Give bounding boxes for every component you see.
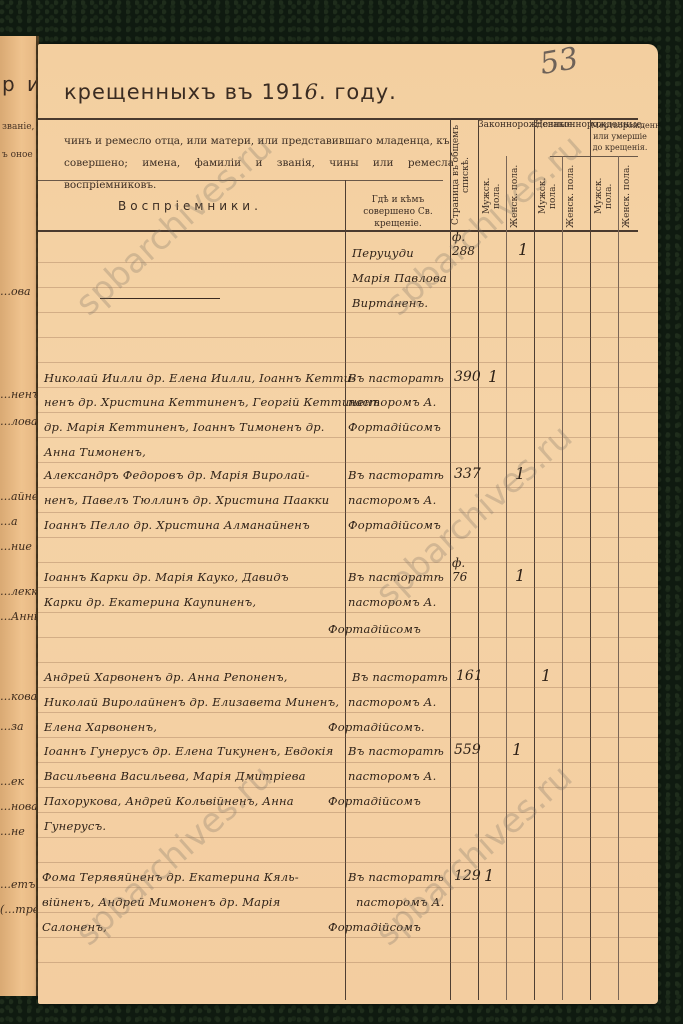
entry-where: Въ пасторатѣ <box>352 670 448 684</box>
entry-legit-female: 1 <box>515 464 525 483</box>
entry-where: пасторомъ А. <box>348 493 436 507</box>
left-page-text: ъ оное <box>2 150 33 160</box>
entry-godparents: Іоаннъ Пелло др. Христина Алманайненъ <box>44 518 310 532</box>
left-page-hand: …ненъ <box>0 388 39 401</box>
entry-where: Въ пасторатѣ <box>348 570 444 584</box>
col-divider <box>506 156 507 1000</box>
col-illegit-male: Мужск. пола. <box>538 164 558 228</box>
entry-page-ref: ф. 76 <box>452 556 480 584</box>
ruled-line <box>38 537 658 538</box>
entry-where: Фортадійсомъ <box>328 794 421 808</box>
ruled-line <box>38 387 658 388</box>
entry-legit-female: 1 <box>512 740 522 759</box>
left-page-hand: …лова <box>0 415 38 428</box>
ruled-line <box>38 762 658 763</box>
header-bottom-rule <box>38 230 638 232</box>
left-page-text: званіе, <box>2 122 34 132</box>
ruled-line <box>38 337 658 338</box>
entry-where: Въ пасторатѣ <box>348 468 444 482</box>
ruled-line <box>38 737 658 738</box>
left-page-hand: …ова <box>0 285 31 298</box>
entry-page-ref: 337 <box>454 466 481 482</box>
ruled-line <box>38 637 658 638</box>
entry-legit-male: 1 <box>484 866 494 885</box>
entry-godparents: Николай Виролайненъ др. Елизавета Миненъ… <box>44 695 339 709</box>
entry-godparents: ненъ др. Христина Кеттиненъ, Георгій Кет… <box>44 395 380 409</box>
ruled-line <box>38 862 658 863</box>
col-legit-male: Мужск. пола. <box>482 164 502 228</box>
entry-godparents: Александръ Федоровъ др. Марія Виролай- <box>44 468 310 482</box>
entry-godparents: війненъ, Андрей Мимоненъ др. Марія <box>42 895 280 909</box>
ruled-line <box>38 512 658 513</box>
entry-where: пасторомъ А. <box>348 595 436 609</box>
entry-godparents: Пахорукова, Андрей Кольвійненъ, Анна <box>44 794 294 808</box>
ruled-line <box>38 687 658 688</box>
page-title: крещенныхъ въ 1916. году. <box>64 80 397 104</box>
watermark: spbarchives.ru <box>368 417 580 614</box>
entry-where: Фортадійсомъ. <box>328 720 425 734</box>
ruled-line <box>38 812 658 813</box>
ruled-line <box>38 262 658 263</box>
entry-where: Фортадійсомъ <box>348 420 441 434</box>
ruled-line <box>38 462 658 463</box>
left-page-hand: …нова <box>0 800 38 813</box>
entry-page-ref: ф. 288 <box>452 230 480 258</box>
entry-godparents: Іоаннъ Карки др. Марія Кауко, Давидъ <box>44 570 289 584</box>
ruled-line <box>38 712 658 713</box>
col-still-female: Женск. пола. <box>622 164 642 228</box>
ruled-line <box>38 287 658 288</box>
entry-godparents: Салоненъ, <box>42 920 107 934</box>
entry-illegit-male: 1 <box>541 666 551 685</box>
instructions-line-1: чинъ и ремесло отца, или матери, или пре… <box>64 130 454 152</box>
ruled-line <box>38 787 658 788</box>
left-page-hand: …кова <box>0 690 37 703</box>
column-header-godparents: Воспріемники. <box>118 199 262 213</box>
entry-where: Фортадійсомъ <box>348 518 441 532</box>
entry-godparents: Гунерусъ. <box>44 819 106 833</box>
ruled-line <box>38 562 658 563</box>
entry-page-ref: 161 <box>456 668 483 684</box>
left-page-hand: …не <box>0 825 25 838</box>
col-divider <box>590 118 591 1000</box>
entry-where: Фортадійсомъ <box>328 920 421 934</box>
column-header-page-list: Страница въ общемъ спискѣ. <box>451 122 473 228</box>
ruled-line <box>38 437 658 438</box>
col-illegit-female: Женск. пола. <box>566 164 586 228</box>
entry-godparents: ненъ, Павелъ Тюллинъ др. Христина Паакки <box>44 493 329 507</box>
entry-godparents: Фома Терявяйненъ др. Екатерина Кяль- <box>42 870 299 884</box>
entry-godparents: Анна Тимоненъ, <box>44 445 146 459</box>
entry-page-ref: 559 <box>454 742 481 758</box>
group-header-stillborn: Мертворожденные или умершіе до крещенія. <box>591 120 649 153</box>
entry-legit-female: 1 <box>515 566 525 585</box>
entry-where: Виртаненъ. <box>352 296 428 310</box>
entry-godparents: Васильевна Васильева, Марія Дмитріева <box>44 769 306 783</box>
entry-where: пасторомъ А. <box>348 695 436 709</box>
entry-where: пасторомъ А. <box>348 395 436 409</box>
entry-where: Перуцуди <box>352 246 414 260</box>
left-page-hand: …Анні <box>0 610 37 623</box>
column-header-where: Гдѣ и кѣмъ совершено Св. крещеніе. <box>348 194 448 230</box>
col-legit-female: Женск. пола. <box>510 164 530 228</box>
col-divider <box>345 180 346 1000</box>
left-page-hand: …ние <box>0 540 32 553</box>
entry-page-ref: 129 <box>454 868 481 884</box>
ruled-line <box>38 362 658 363</box>
ruled-line <box>38 887 658 888</box>
entry-where: Фортадійсомъ <box>328 622 421 636</box>
col-divider <box>450 118 451 1000</box>
ruled-line <box>38 587 658 588</box>
entry-where: Въ пасторатѣ <box>348 744 444 758</box>
ruled-line <box>38 962 658 963</box>
title-year-hand: 6 <box>305 80 319 104</box>
entry-where: пасторомъ А. <box>348 769 436 783</box>
entry-godparents: Николай Иилли др. Елена Иилли, Іоаннъ Ке… <box>44 371 355 385</box>
entry-godparents: др. Марія Кеттиненъ, Іоаннъ Тимоненъ др. <box>44 420 325 434</box>
entry-godparents: Іоаннъ Гунерусъ др. Елена Тикуненъ, Евдо… <box>44 744 333 758</box>
ruled-line <box>38 837 658 838</box>
left-page-hand: …етъ <box>0 878 35 891</box>
blank-dash <box>100 298 220 299</box>
title-printed: крещенныхъ въ 191 <box>64 80 305 104</box>
group-header-legitimate: Законнорожденные. <box>478 120 536 131</box>
entry-where: Въ пасторатѣ <box>348 870 444 884</box>
ruled-line <box>38 612 658 613</box>
col-divider <box>562 156 563 1000</box>
ruled-line <box>38 312 658 313</box>
entry-legit-male: 1 <box>488 367 498 386</box>
group-sub-rule <box>550 156 638 157</box>
entry-legit-female: 1 <box>518 240 528 259</box>
folio-number: 53 <box>537 44 581 82</box>
entry-where: Въ пасторатѣ <box>348 371 444 385</box>
ruled-line <box>38 662 658 663</box>
entry-where: Марія Павлова <box>352 271 447 285</box>
group-header-illegitimate: Незаконнорожденные. <box>535 120 593 131</box>
ruled-line <box>38 937 658 938</box>
col-divider <box>534 118 535 1000</box>
entry-godparents: Андрей Харвоненъ др. Анна Репоненъ, <box>44 670 288 684</box>
entry-page-ref: 390 <box>454 369 481 385</box>
column-instructions: чинъ и ремесло отца, или матери, или пре… <box>64 130 454 196</box>
ruled-line <box>38 912 658 913</box>
col-still-male: Мужск. пола. <box>594 164 614 228</box>
left-page-hand: …а <box>0 515 18 528</box>
entry-godparents: Карки др. Екатерина Каупиненъ, <box>44 595 256 609</box>
instructions-line-2: совершено; имена, фамиліи и званія, чины… <box>64 152 454 196</box>
register-page: крещенныхъ въ 1916. году. 53 чинъ и реме… <box>38 44 658 1004</box>
left-page-hand: …ек <box>0 775 24 788</box>
ruled-line <box>38 487 658 488</box>
entry-where: пасторомъ А. <box>356 895 444 909</box>
title-suffix: . году. <box>319 80 397 104</box>
col-divider <box>618 156 619 1000</box>
ruled-line <box>38 412 658 413</box>
entry-godparents: Елена Харвоненъ, <box>44 720 157 734</box>
left-page-hand: …за <box>0 720 24 733</box>
